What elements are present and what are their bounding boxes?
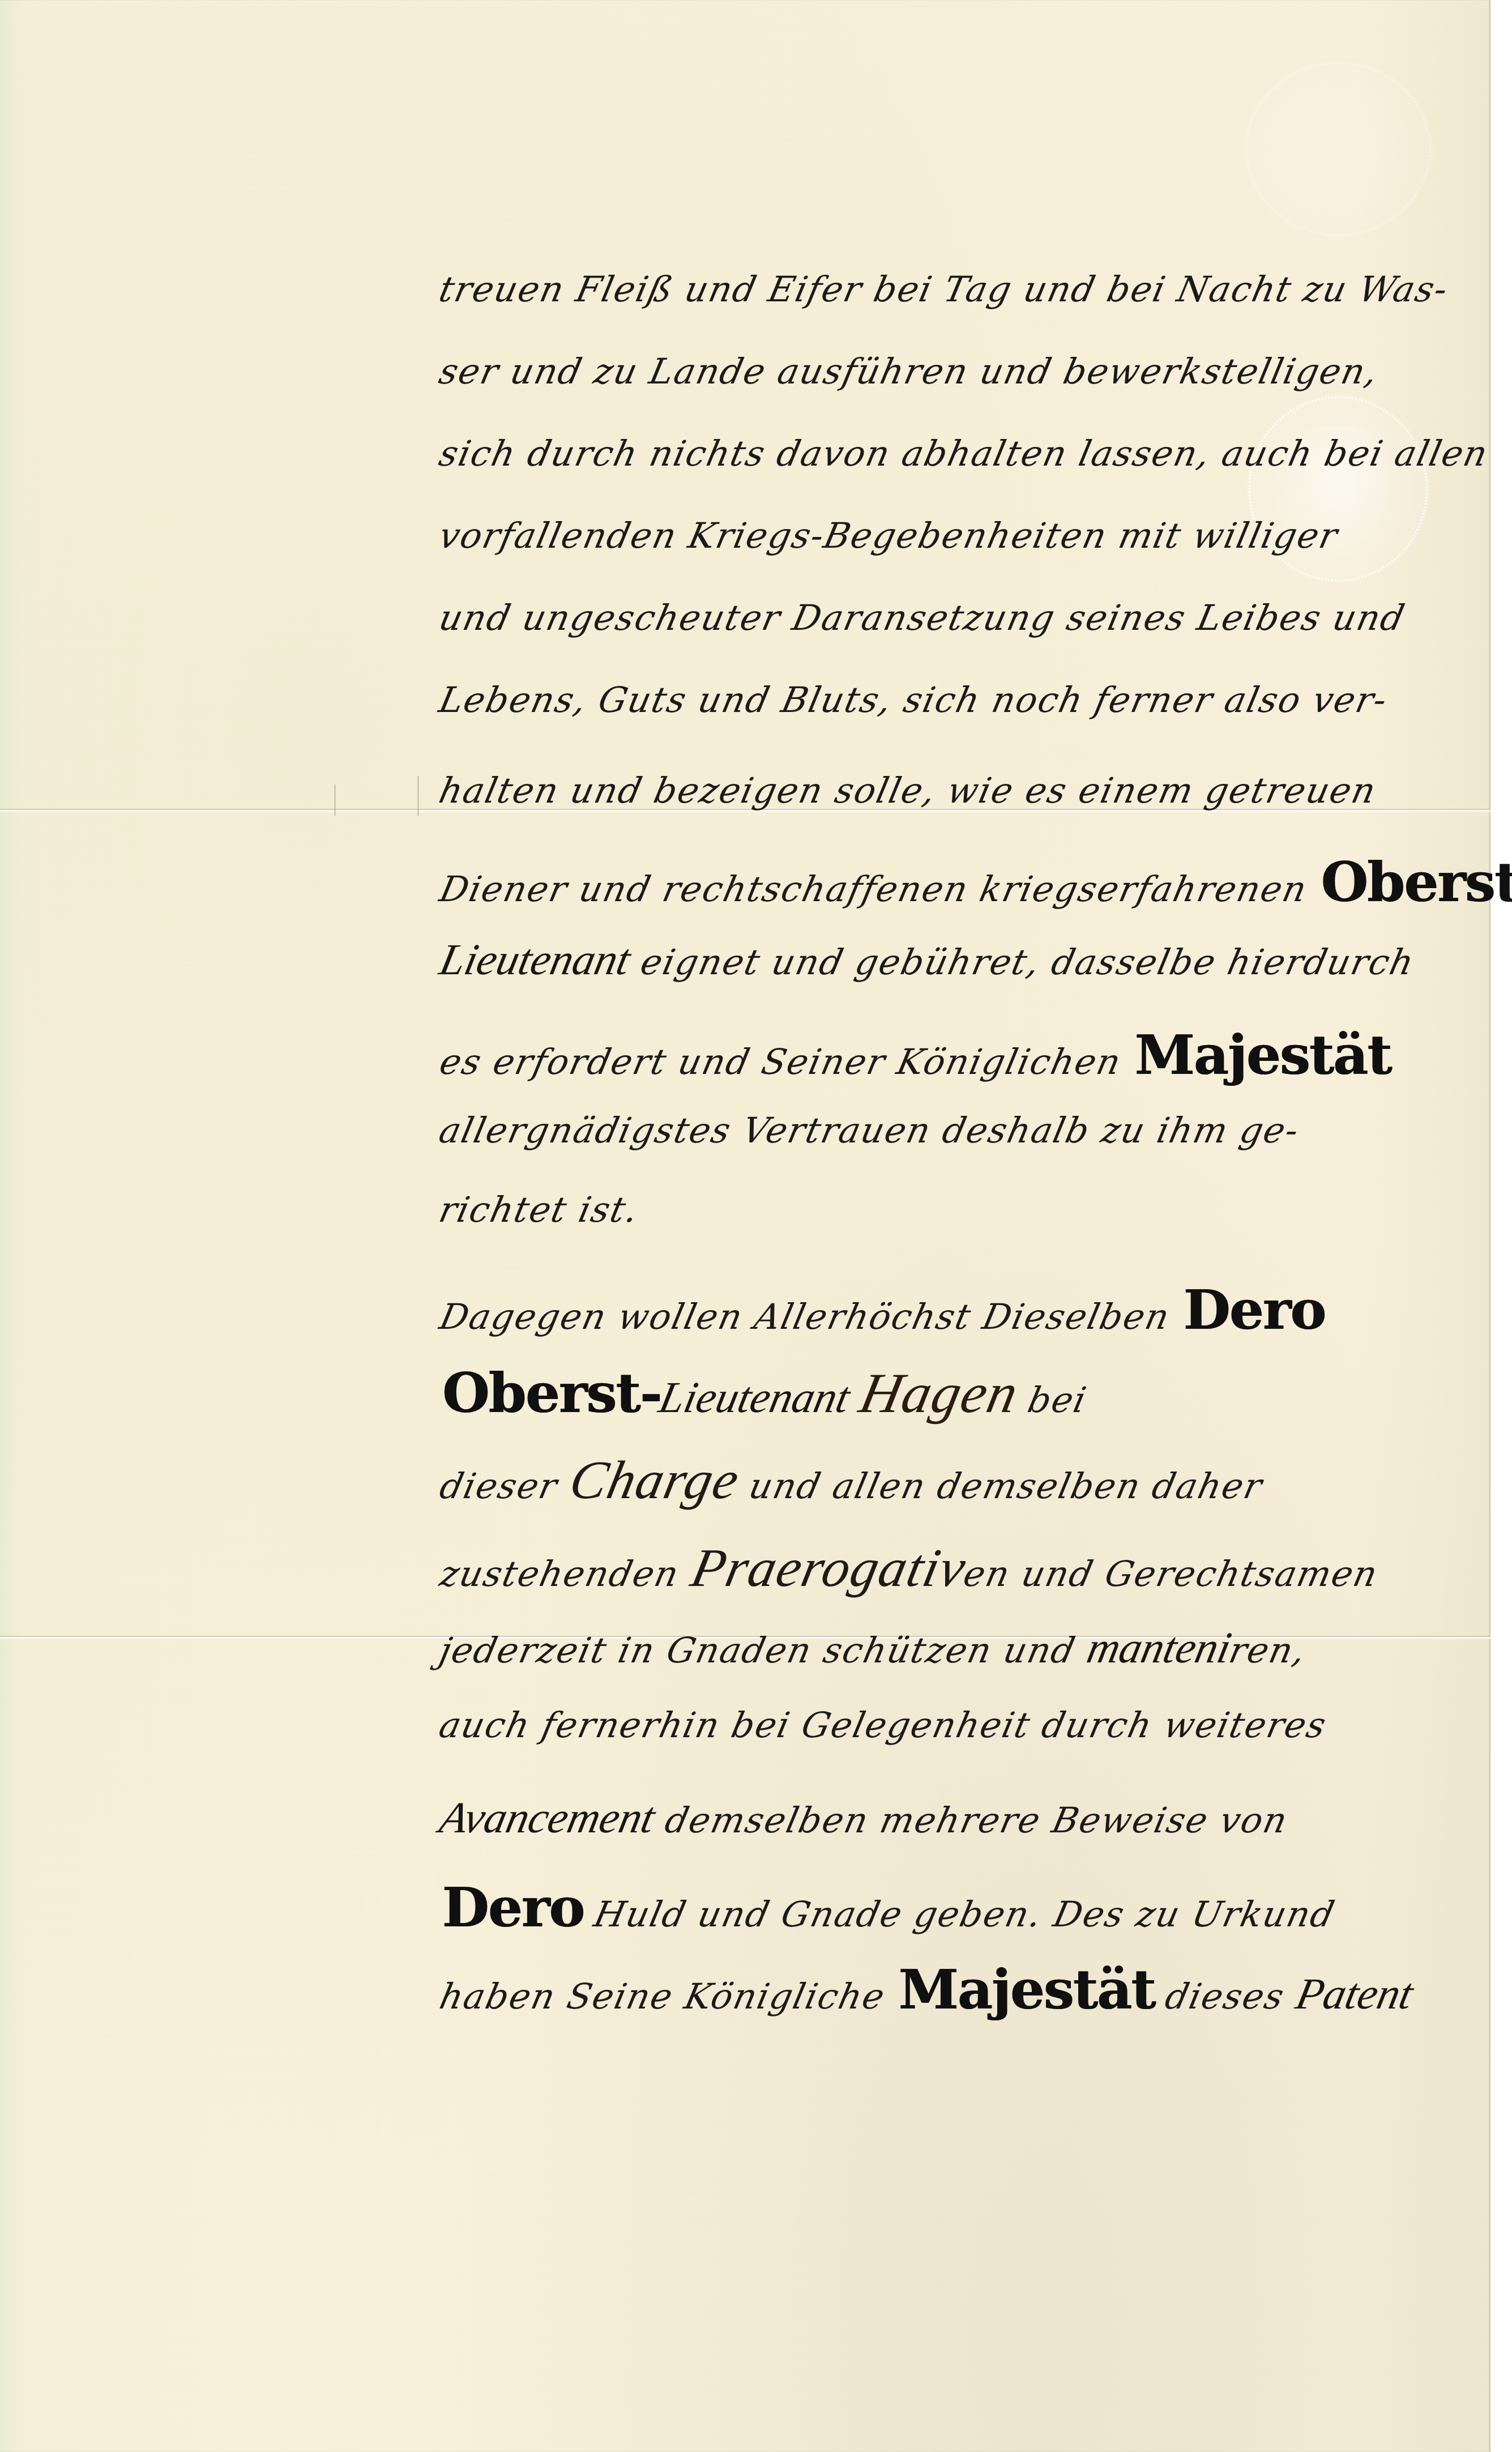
text-segment: dieses	[1150, 1976, 1301, 2017]
text-segment: Lebens, Guts und Bluts, sich noch ferner…	[435, 679, 1391, 720]
text-segment: manteni	[1083, 1623, 1236, 1672]
text-segment: Lieutenant	[435, 935, 635, 984]
text-line: ser und zu Lande ausführen und bewerkste…	[436, 354, 1463, 389]
text-segment: treuen Fleiß und Eifer bei Tag und bei N…	[435, 268, 1453, 310]
text-segment: Huld und Gnade geben. Des zu Urkund	[578, 1894, 1339, 1935]
pencil-mark	[417, 776, 419, 816]
text-segment: Praerogativ	[686, 1537, 972, 1598]
text-line: auch fernerhin bei Gelegenheit durch wei…	[436, 1708, 1463, 1743]
text-line: Dero Huld und Gnade geben. Des zu Urkund	[436, 1880, 1467, 1935]
document-page: treuen Fleiß und Eifer bei Tag und bei N…	[0, 0, 1490, 2452]
pencil-mark	[334, 784, 336, 816]
text-line: Avancement demselben mehrere Beweise von	[436, 1796, 1465, 1840]
text-segment: auch fernerhin bei Gelegenheit durch wei…	[435, 1704, 1331, 1746]
text-line: jederzeit in Gnaden schützen und manteni…	[436, 1626, 1465, 1670]
embossed-seal-icon	[1246, 62, 1430, 236]
text-line: Dagegen wollen Allerhöchst Dieselben Der…	[436, 1283, 1467, 1337]
text-line: und ungescheuter Daransetzung seines Lei…	[436, 600, 1463, 636]
emphasized-word: Majestät	[899, 1963, 1155, 2017]
text-segment: jederzeit in Gnaden schützen und	[436, 1630, 1092, 1671]
officer-name: Hagen	[855, 1362, 1024, 1425]
text-segment: allergnädigstes Vertrauen deshalb zu ihm…	[435, 1110, 1304, 1151]
text-line: vorfallenden Kriegs-Begebenheiten mit wi…	[436, 518, 1463, 553]
text-segment: und ungescheuter Daransetzung seines Lei…	[435, 597, 1409, 638]
text-line: richtet ist.	[436, 1192, 1463, 1227]
text-segment: eignet und gebühret, dasselbe hierdurch	[625, 941, 1418, 983]
text-segment: Dagegen wollen Allerhöchst Dieselben	[436, 1296, 1186, 1337]
text-segment: bei	[1012, 1379, 1091, 1421]
text-segment: richtet ist.	[435, 1189, 643, 1230]
text-segment: Patent	[1292, 1969, 1417, 2018]
text-segment: und allen demselben daher	[733, 1465, 1267, 1507]
text-line: haben Seine Königliche Majestät dieses P…	[436, 1963, 1467, 2017]
text-line: dieser Charge und allen demselben daher	[436, 1453, 1467, 1507]
text-line: Oberst-Lieutenant Hagen bei	[436, 1365, 1467, 1422]
emphasized-word: Dero	[1183, 1283, 1325, 1337]
emphasized-word: Dero	[442, 1880, 584, 1935]
text-line: zustehenden Praerogativen und Gerechtsam…	[436, 1541, 1467, 1595]
text-line: Lieutenant eignet und gebühret, dasselbe…	[436, 937, 1465, 982]
emphasized-word: Oberst-	[442, 1366, 661, 1421]
text-line: halten und bezeigen solle, wie es einem …	[436, 773, 1463, 808]
text-segment: haben Seine Königliche	[436, 1976, 902, 2017]
text-segment: Lieutenant	[655, 1372, 866, 1422]
emphasized-word: Majestät	[1135, 1028, 1391, 1082]
text-line: Diener und rechtschaffenen kriegserfahre…	[436, 855, 1467, 910]
text-segment: sich durch nichts davon abhalten lassen,…	[435, 433, 1492, 474]
text-segment: zustehenden	[436, 1553, 695, 1594]
text-segment: demselben mehrere Beweise von	[649, 1799, 1292, 1841]
text-line: es erfordert und Seiner Königlichen Maje…	[436, 1028, 1467, 1082]
text-line: Lebens, Guts und Bluts, sich noch ferner…	[436, 683, 1463, 718]
text-segment: Charge	[565, 1449, 745, 1510]
text-segment: en und Gerechtsamen	[960, 1553, 1382, 1594]
text-segment: vorfallenden Kriegs-Begebenheiten mit wi…	[435, 515, 1342, 556]
text-segment: dieser	[436, 1465, 574, 1507]
emphasized-word: Oberst-	[1321, 855, 1512, 910]
text-segment: Avancement	[435, 1793, 659, 1842]
text-segment: ser und zu Lande ausführen und bewerkste…	[435, 351, 1382, 392]
text-segment: ren,	[1225, 1630, 1310, 1671]
text-line: sich durch nichts davon abhalten lassen,…	[436, 436, 1463, 471]
text-segment: Diener und rechtschaffenen kriegserfahre…	[436, 868, 1323, 910]
text-line: treuen Fleiß und Eifer bei Tag und bei N…	[436, 272, 1463, 307]
text-line: allergnädigstes Vertrauen deshalb zu ihm…	[436, 1113, 1463, 1148]
text-segment: es erfordert und Seiner Königlichen	[436, 1041, 1138, 1082]
text-segment: halten und bezeigen solle, wie es einem …	[435, 770, 1381, 811]
